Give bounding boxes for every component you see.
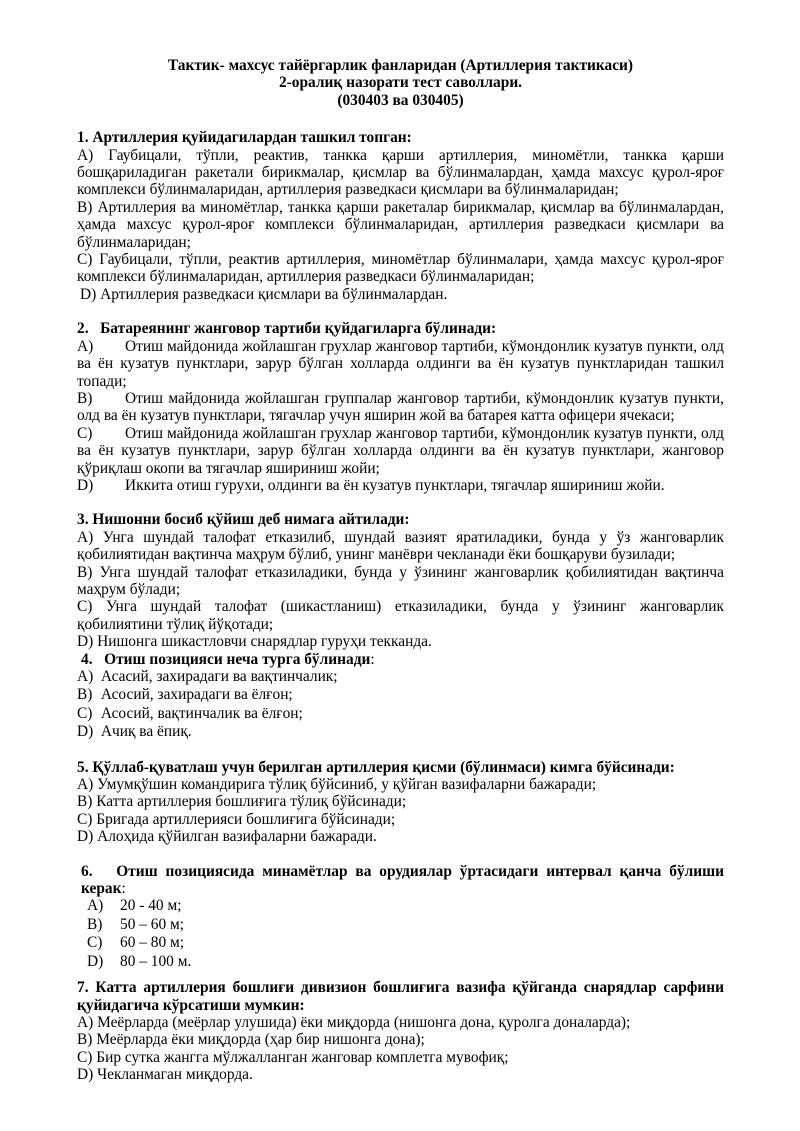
option-label: B) [77,686,97,704]
option-label: D) [77,1066,93,1083]
option-a: A)Отиш майдонида жойлашган грухлар жанго… [77,338,724,390]
question-heading: 7. Катта артиллерия бошлиғи дивизион бош… [77,979,724,1014]
header-codes: (030403 ва 030405) [77,92,724,109]
question-heading: 2. Батареянинг жанговор тартиби қуйдагил… [77,320,724,337]
question-text: Артиллерия қуйидагилардан ташкил топган: [92,129,411,146]
option-b: B) Унга шундай талофат етказиладики, бун… [77,564,724,599]
option-text: 20 - 40 м; [120,897,181,914]
option-d: D) Ачиқ ва ёпиқ. [77,723,724,741]
header-title: Тактик- махсус тайёргарлик фанларидан (А… [77,57,724,74]
option-text: Асосий, захирадаги ва ёлғон; [101,686,293,703]
option-d: D) Нишонга шикастловчи снарядлар гуруҳи … [77,633,724,650]
option-label: A) [77,147,93,164]
option-b: B)50 – 60 м; [77,916,724,934]
option-label: B) [87,916,120,934]
question-6: 6. Отиш позициясида минамётлар ва орудия… [77,863,724,971]
question-heading: 6. Отиш позициясида минамётлар ва орудия… [77,863,724,898]
option-a: A)20 - 40 м; [77,897,724,915]
option-c: C) Унга шундай талофат (шикастланиш) етк… [77,598,724,633]
option-label: C) [77,425,125,442]
option-label: D) [77,633,93,650]
option-text: Ачиқ ва ёпиқ. [101,723,192,740]
option-text: Меёрларда ёки миқдорда (ҳар бир нишонга … [96,1031,425,1048]
option-text: Нишонга шикастловчи снарядлар гуруҳи тек… [97,633,432,650]
option-text: Унга шундай талофат етказиладики, бунда … [77,564,724,598]
option-label: A) [77,1014,93,1031]
option-text: Отиш майдонида жойлашган группалар жанго… [77,390,724,424]
option-d: D)80 – 100 м. [77,953,724,971]
option-label: C) [77,705,97,723]
option-label: D) [87,953,120,971]
question-number: 1. [77,129,89,146]
option-a: A) Меёрларда (меёрлар улушида) ёки миқдо… [77,1014,724,1031]
document-header: Тактик- махсус тайёргарлик фанларидан (А… [77,57,724,109]
option-b: B) Меёрларда ёки миқдорда (ҳар бир нишон… [77,1031,724,1048]
option-label: A) [77,776,93,793]
question-text: Катта артиллерия бошлиғи дивизион бошлиғ… [77,979,724,1013]
option-d: D) Чекланмаган миқдорда. [77,1066,724,1083]
option-text: Гаубицали, тўпли, реактив артиллерия, ми… [77,251,724,285]
question-number: 2. [77,320,89,337]
document-page: Тактик- махсус тайёргарлик фанларидан (А… [0,0,800,1131]
question-text: Отиш позициясида минамётлар ва орудиялар… [81,863,724,897]
question-3: 3. Нишонни босиб қўйиш деб нимага айтила… [77,511,724,650]
option-text: Чекланмаган миқдорда. [97,1066,253,1083]
option-a: A) Гаубицали, тўпли, реактив, танкка қар… [77,147,724,199]
option-text: Иккита отиш гурухи, олдинги ва ён кузату… [125,477,665,494]
option-c: C)60 – 80 м; [77,934,724,952]
question-heading: 5. Қўллаб-қуватлаш учун берилган артилле… [77,759,724,776]
option-text: 60 – 80 м; [120,934,184,951]
question-text: Батареянинг жанговор тартиби қуйдагиларг… [100,320,496,337]
question-number: 7. [77,979,89,996]
question-5: 5. Қўллаб-қуватлаш учун берилган артилле… [77,759,724,846]
option-text: Унга шундай талофат етказилиб, шундай ва… [77,529,724,563]
question-heading: 4. Отиш позицияси неча турга бўлинади: [77,651,724,668]
option-text: Артиллерия ва миномётлар, танкка қарши р… [77,199,724,251]
option-text: Отиш майдонида жойлашган грухлар жангово… [77,425,724,477]
option-a: A) Асасий, захирадаги ва вақтинчалик; [77,668,724,686]
question-text: Отиш позицияси неча турга бўлинади [104,651,370,668]
question-suffix: : [121,880,125,897]
option-label: C) [77,811,92,828]
option-text: 80 – 100 м. [120,953,191,970]
option-text: Артиллерия разведкаси қисмлари ва бўлинм… [100,286,447,303]
option-a: A) Умумқўшин командирига тўлиқ бўйсиниб,… [77,776,724,793]
option-label: D) [77,828,93,845]
question-text: Нишонни босиб қўйиш деб нимага айтилади: [92,511,409,528]
option-b: B) Асосий, захирадаги ва ёлғон; [77,686,724,704]
option-c: C)Отиш майдонида жойлашган грухлар жанго… [77,425,724,477]
document-content: Тактик- махсус тайёргарлик фанларидан (А… [77,57,724,1084]
option-text: Алоҳида қўйилган вазифаларни бажаради. [97,828,377,845]
option-label: B) [77,564,92,581]
option-label: D) [77,477,125,494]
option-c: C) Гаубицали, тўпли, реактив артиллерия,… [77,251,724,286]
option-label: B) [77,199,92,216]
question-text: Қўллаб-қуватлаш учун берилган артиллерия… [92,759,674,776]
option-text: Умумқўшин командирига тўлиқ бўйсиниб, у … [97,776,596,793]
option-b: B)Отиш майдонида жойлашган группалар жан… [77,390,724,425]
option-d: D) Артиллерия разведкаси қисмлари ва бўл… [77,286,724,303]
option-text: Унга шундай талофат (шикастланиш) еткази… [77,598,724,632]
option-c: C) Асосий, вақтинчалик ва ёлғон; [77,705,724,723]
option-label: B) [77,793,92,810]
option-d: D) Алоҳида қўйилган вазифаларни бажаради… [77,828,724,845]
option-b: B) Катта артиллерия бошлиғига тўлиқ бўйс… [77,793,724,810]
option-text: Бир сутка жангга мўлжалланган жанговар к… [96,1049,508,1066]
question-number: 5. [77,759,89,776]
option-label: D) [77,723,97,741]
question-number: 4. [81,651,93,668]
option-label: A) [87,897,120,915]
question-number: 3. [77,511,89,528]
option-text: Отиш майдонида жойлашган грухлар жангово… [77,338,724,390]
question-7: 7. Катта артиллерия бошлиғи дивизион бош… [77,979,724,1083]
option-label: A) [77,529,93,546]
question-suffix: : [370,651,374,668]
question-2: 2. Батареянинг жанговор тартиби қуйдагил… [77,320,724,494]
option-label: D) [80,286,96,303]
question-4: 4. Отиш позицияси неча турга бўлинади: A… [77,651,724,742]
option-d: D)Иккита отиш гурухи, олдинги ва ён куза… [77,477,724,494]
option-text: Гаубицали, тўпли, реактив, танкка қарши … [77,147,724,199]
option-c: C) Бригада артиллерияси бошлиғига бўйсин… [77,811,724,828]
question-heading: 3. Нишонни босиб қўйиш деб нимага айтила… [77,511,724,528]
option-text: Меёрларда (меёрлар улушида) ёки миқдорда… [97,1014,630,1031]
option-c: C) Бир сутка жангга мўлжалланган жангова… [77,1049,724,1066]
option-text: Бригада артиллерияси бошлиғига бўйсинади… [96,811,395,828]
option-label: A) [77,338,125,355]
option-a: A) Унга шундай талофат етказилиб, шундай… [77,529,724,564]
option-b: B) Артиллерия ва миномётлар, танкка қарш… [77,199,724,251]
header-subtitle: 2-оралиқ назорати тест саволлари. [77,74,724,91]
option-text: Асасий, захирадаги ва вақтинчалик; [101,668,338,685]
option-label: C) [77,251,92,268]
question-heading: 1. Артиллерия қуйидагилардан ташкил топг… [77,129,724,146]
option-text: 50 – 60 м; [120,916,184,933]
option-text: Асосий, вақтинчалик ва ёлғон; [101,705,303,722]
option-label: C) [77,598,92,615]
option-label: C) [87,934,120,952]
question-number: 6. [81,863,93,880]
question-1: 1. Артиллерия қуйидагилардан ташкил топг… [77,129,724,303]
option-label: A) [77,668,97,686]
option-text: Катта артиллерия бошлиғига тўлиқ бўйсина… [96,793,406,810]
option-label: B) [77,1031,92,1048]
option-label: B) [77,390,125,407]
option-label: C) [77,1049,92,1066]
